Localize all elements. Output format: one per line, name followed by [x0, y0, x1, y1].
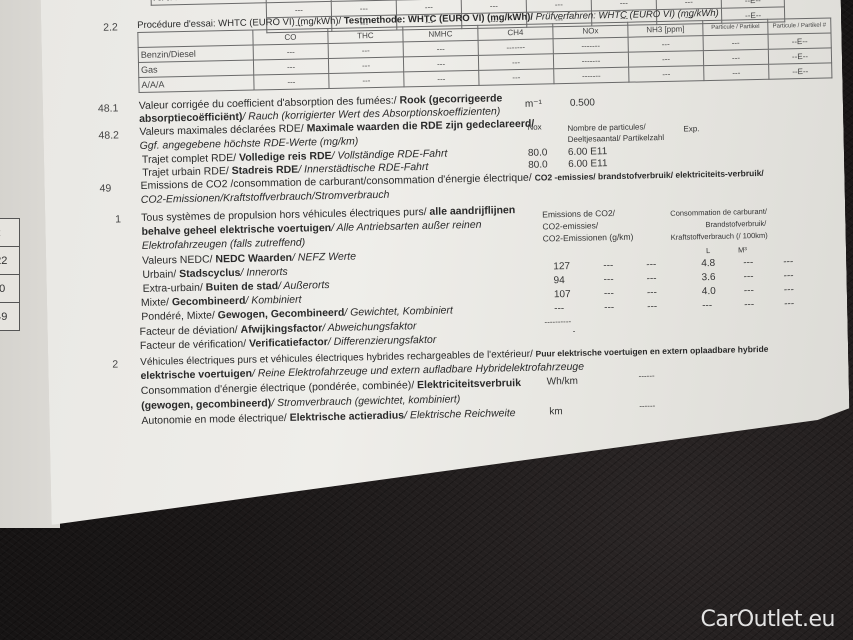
col-particles: Nombre de particules/ — [567, 122, 645, 133]
cell: --- — [703, 49, 768, 65]
cell: --- — [254, 73, 329, 90]
deviation-value: ---------- — [544, 317, 571, 327]
text-nl: elektrische voertuigen — [140, 368, 252, 382]
nedc-value-l: 4.8 — [701, 258, 715, 269]
fuel-header: Consommation de carburant/ — [670, 207, 767, 218]
cell: --E-- — [768, 33, 831, 49]
text-fr: Trajet urbain RDE/ — [142, 165, 232, 179]
item-number: 2.2 — [103, 21, 118, 33]
text-nl: Buiten de stad — [206, 280, 279, 294]
text-de: / Innerorts — [240, 266, 288, 279]
particles-value: 6.00 E11 — [568, 158, 608, 170]
cell: --- — [403, 40, 478, 57]
nedc-value-co2: --- — [554, 303, 564, 314]
text-fr: Facteur de vérification/ — [140, 338, 249, 352]
cell: --- — [703, 34, 768, 50]
nedc-value-m: --- — [744, 299, 754, 310]
column-header: NOx — [553, 22, 628, 39]
fuel-header: Brandstofverbruik/ — [705, 219, 766, 229]
text-de: / Elektrische Reichweite — [404, 407, 516, 421]
consumption-value: ------ — [639, 371, 655, 380]
co2-header: CO2-emissies/ — [542, 220, 598, 231]
cell: --- — [328, 57, 403, 74]
text-nl: absorptiecoëfficiënt) — [139, 111, 243, 125]
nedc-value-co2: 107 — [554, 289, 571, 300]
text-de: / Außerorts — [278, 279, 330, 292]
co2-header: Emissions de CO2/ — [542, 208, 615, 220]
text-nl: Gecombineerd — [172, 295, 246, 309]
item-number: 1 — [115, 213, 121, 225]
nedc-value-c3: --- — [646, 259, 656, 270]
nox-value: 80.0 — [528, 147, 548, 158]
column-header: Particule / Partikel — [703, 19, 768, 35]
text-fr: Mixte/ — [141, 296, 172, 309]
text-nl: Gewogen, Gecombineerd — [218, 307, 345, 322]
nedc-value-c2: --- — [604, 302, 614, 313]
nedc-value-c2: --- — [604, 288, 614, 299]
cell: --- — [328, 42, 403, 59]
particles-value: 6.00 E11 — [568, 146, 608, 158]
text-fr: Valeurs NEDC/ — [142, 253, 216, 267]
nedc-value-m: --- — [744, 285, 754, 296]
cell: --- — [253, 58, 328, 75]
nox-value: 80.0 — [528, 159, 548, 170]
consumption-unit: Wh/km — [547, 376, 578, 388]
cell: ------- — [554, 67, 629, 84]
row-label: A/A/A — [139, 75, 254, 92]
fuel-header: Kraftstoffverbrauch (/ 100km) — [671, 231, 768, 242]
left-cell: '22 — [0, 247, 20, 275]
text-fr: Valeurs maximales déclarées RDE/ — [139, 122, 307, 138]
nedc-value-c3: --- — [647, 301, 657, 312]
item-number: 48.1 — [98, 102, 119, 114]
cell: --- — [478, 54, 553, 71]
nedc-value-l: 4.0 — [702, 286, 716, 297]
nedc-value-m: --- — [743, 257, 753, 268]
nedc-value-co2: 127 — [553, 261, 570, 272]
text-fr: Pondéré, Mixte/ — [141, 309, 218, 323]
text-nl: NEDC Waarden — [215, 252, 292, 266]
item-number: 49 — [99, 183, 111, 195]
nedc-value-l: --- — [702, 300, 712, 311]
column-header: CH4 — [478, 24, 553, 41]
text-de: / Differenzierungsfaktor — [328, 334, 437, 348]
cell: ------- — [478, 39, 553, 56]
text-nl: (gewogen, gecombineerd) — [141, 397, 271, 412]
nedc-value-co2: 94 — [554, 275, 565, 286]
nedc-value-c2: --- — [603, 274, 613, 285]
text-nl: Elektriciteitsverbruik — [417, 377, 521, 391]
text-fr: Autonomie en mode électrique/ — [141, 412, 289, 427]
text-nl: Rook (gecorrigeerde — [399, 92, 502, 106]
col-exp: Exp. — [683, 124, 699, 133]
nedc-row-label: Extra-urbain/ Buiten de stad/ Außerorts — [143, 279, 330, 296]
column-header: NMHC — [403, 25, 478, 42]
left-cell: R — [0, 219, 20, 247]
nedc-value-c3: --- — [647, 287, 657, 298]
text-nl: Stadscyclus — [179, 267, 241, 280]
smoke-value: 0.500 — [570, 97, 595, 109]
text-fr: Extra-urbain/ — [143, 282, 206, 295]
text-nl: CO2 -emissies/ brandstofverbruik/ elektr… — [535, 168, 764, 183]
cell: --- — [403, 55, 478, 72]
nedc-value-m: --- — [743, 271, 753, 282]
cell: ------- — [553, 37, 628, 54]
text-de: / NEFZ Werte — [292, 250, 356, 263]
text-nl: behalve geheel elektrische voertuigen — [141, 222, 331, 238]
text-de: / Abweichungsfaktor — [322, 320, 416, 334]
cell: --- — [629, 66, 704, 83]
text-nl: Stadreis RDE — [232, 164, 299, 177]
unit: m⁻¹ — [525, 99, 542, 110]
item-1-line3: Elektrofahrzeugen (falls zutreffend) — [142, 237, 306, 253]
cell: --- — [329, 72, 404, 89]
nedc-value-x: --- — [784, 298, 794, 309]
cell: --- — [704, 64, 769, 80]
unit-l: L — [706, 246, 710, 255]
text-nl: Volledige reis RDE — [239, 150, 332, 164]
cell: --E-- — [768, 48, 831, 64]
text-nl: alle aandrijflijnen — [429, 204, 515, 218]
nedc-value-x: --- — [783, 270, 793, 281]
nedc-value-c3: --- — [646, 273, 656, 284]
col-nox: Nox — [527, 123, 541, 132]
text-fr: Urbain/ — [142, 268, 179, 281]
text-nl: Afwijkingsfactor — [240, 322, 322, 336]
left-cell: '49 — [0, 303, 20, 331]
co2-header: CO2-Emissionen (g/km) — [543, 232, 634, 244]
text-de: / Vollständige RDE-Fahrt — [331, 148, 447, 162]
column-header: THC — [328, 27, 403, 44]
text-de: / Gewichtet, Kombiniert — [344, 304, 453, 318]
text-nl: Elektrische actieradius — [290, 409, 405, 423]
text-nl: Verificatiefactor — [249, 336, 328, 350]
column-header: NH3 [ppm] — [628, 21, 703, 38]
cell: --- — [404, 70, 479, 87]
text-fr: Facteur de déviation/ — [139, 324, 240, 338]
caroutlet-watermark: CarOutlet.eu — [700, 607, 835, 632]
text-de: / Kombiniert — [245, 294, 301, 307]
nedc-value-l: 3.6 — [701, 272, 715, 283]
cell: --- — [253, 43, 328, 60]
verification-value: - — [573, 327, 576, 336]
nedc-value-x: --- — [783, 256, 793, 267]
column-header: CO — [253, 28, 328, 45]
text-nl: Puur elektrische voertuigen en extern op… — [536, 344, 769, 359]
range-value: ------ — [639, 401, 655, 410]
left-cell: 00 — [0, 275, 20, 303]
nedc-label: Valeurs NEDC/ NEDC Waarden/ NEFZ Werte — [142, 250, 356, 267]
cell: --- — [628, 51, 703, 68]
text-de: / Alle Antriebsarten außer reinen — [331, 219, 482, 234]
cell: --- — [628, 36, 703, 53]
item-number: 2 — [112, 358, 118, 370]
column-header: Particule / Partikel # — [768, 18, 831, 34]
unit-m3: M³ — [738, 245, 747, 254]
cell: --- — [479, 69, 554, 86]
col-particles: Deeltjesaantal/ Partikelzahl — [568, 133, 665, 144]
nedc-value-x: --- — [784, 284, 794, 295]
range-unit: km — [549, 406, 563, 417]
text-de: / Stromverbrauch (gewichtet, kombiniert) — [271, 393, 460, 409]
background-table: R '22 00 '49 — [0, 218, 20, 331]
nedc-value-c2: --- — [603, 260, 613, 271]
text-fr: Trajet complet RDE/ — [142, 152, 239, 166]
item-number: 48.2 — [98, 129, 119, 141]
cell: ------- — [553, 52, 628, 69]
cell: --E-- — [769, 63, 832, 79]
